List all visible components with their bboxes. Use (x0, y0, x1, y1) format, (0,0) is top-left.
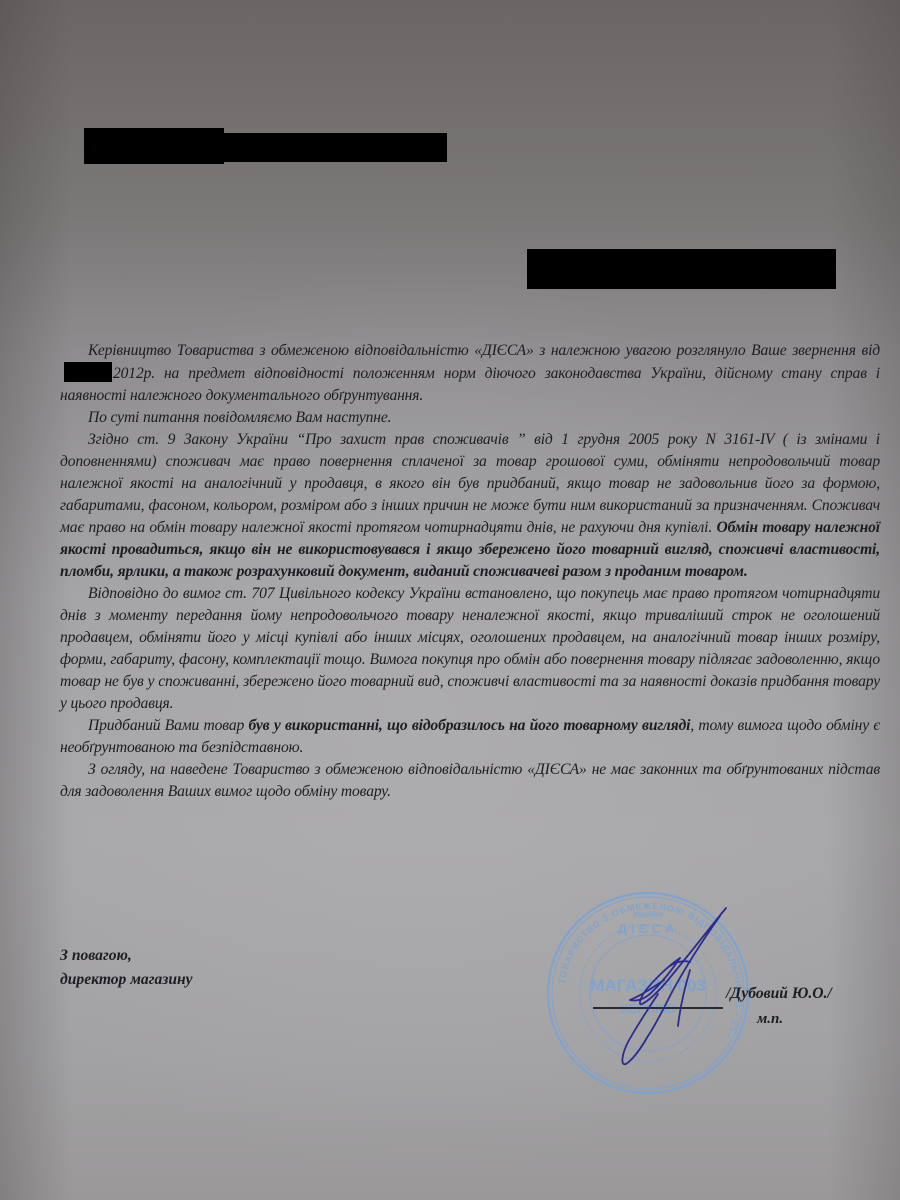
redacted-recipient-name-ext (221, 133, 447, 162)
intro-text-end: 2012р. на предмет відповідності положенн… (60, 365, 880, 404)
paragraph-civil-code-art707: Відповідно до вимог ст. 707 Цивільного к… (60, 583, 880, 715)
finding-text-start: Придбаний Вами товар (88, 717, 248, 734)
seal-mark: м.п. (757, 1011, 783, 1028)
paragraph-law-art9: Згідно ст. 9 Закону України “Про захист … (60, 429, 880, 583)
redacted-recipient-name (84, 128, 224, 164)
intro-text-start: Керівництво Товариства з обмеженою відпо… (88, 342, 880, 359)
paragraph-finding: Придбаний Вами товар був у використанні,… (60, 715, 880, 759)
closing-block: З повагою, директор магазину (60, 944, 193, 992)
finding-emphasis: був у використанні, що відобразилось на … (248, 717, 690, 734)
signer-position: директор магазину (60, 968, 193, 992)
redacted-appeal-date (64, 362, 112, 382)
redacted-recipient-address (527, 249, 836, 289)
paragraph-intro: Керівництво Товариства з обмеженою відпо… (60, 340, 880, 407)
paragraph-conclusion: З огляду, на наведене Товариство з обмеж… (60, 759, 880, 803)
closing-regards: З повагою, (60, 944, 193, 968)
signatory-name: /Дубовий Ю.О./ (726, 985, 832, 1003)
letter-body: Керівництво Товариства з обмеженою відпо… (60, 340, 880, 803)
paragraph-announcement: По суті питання повідомляємо Вам наступн… (60, 407, 880, 429)
